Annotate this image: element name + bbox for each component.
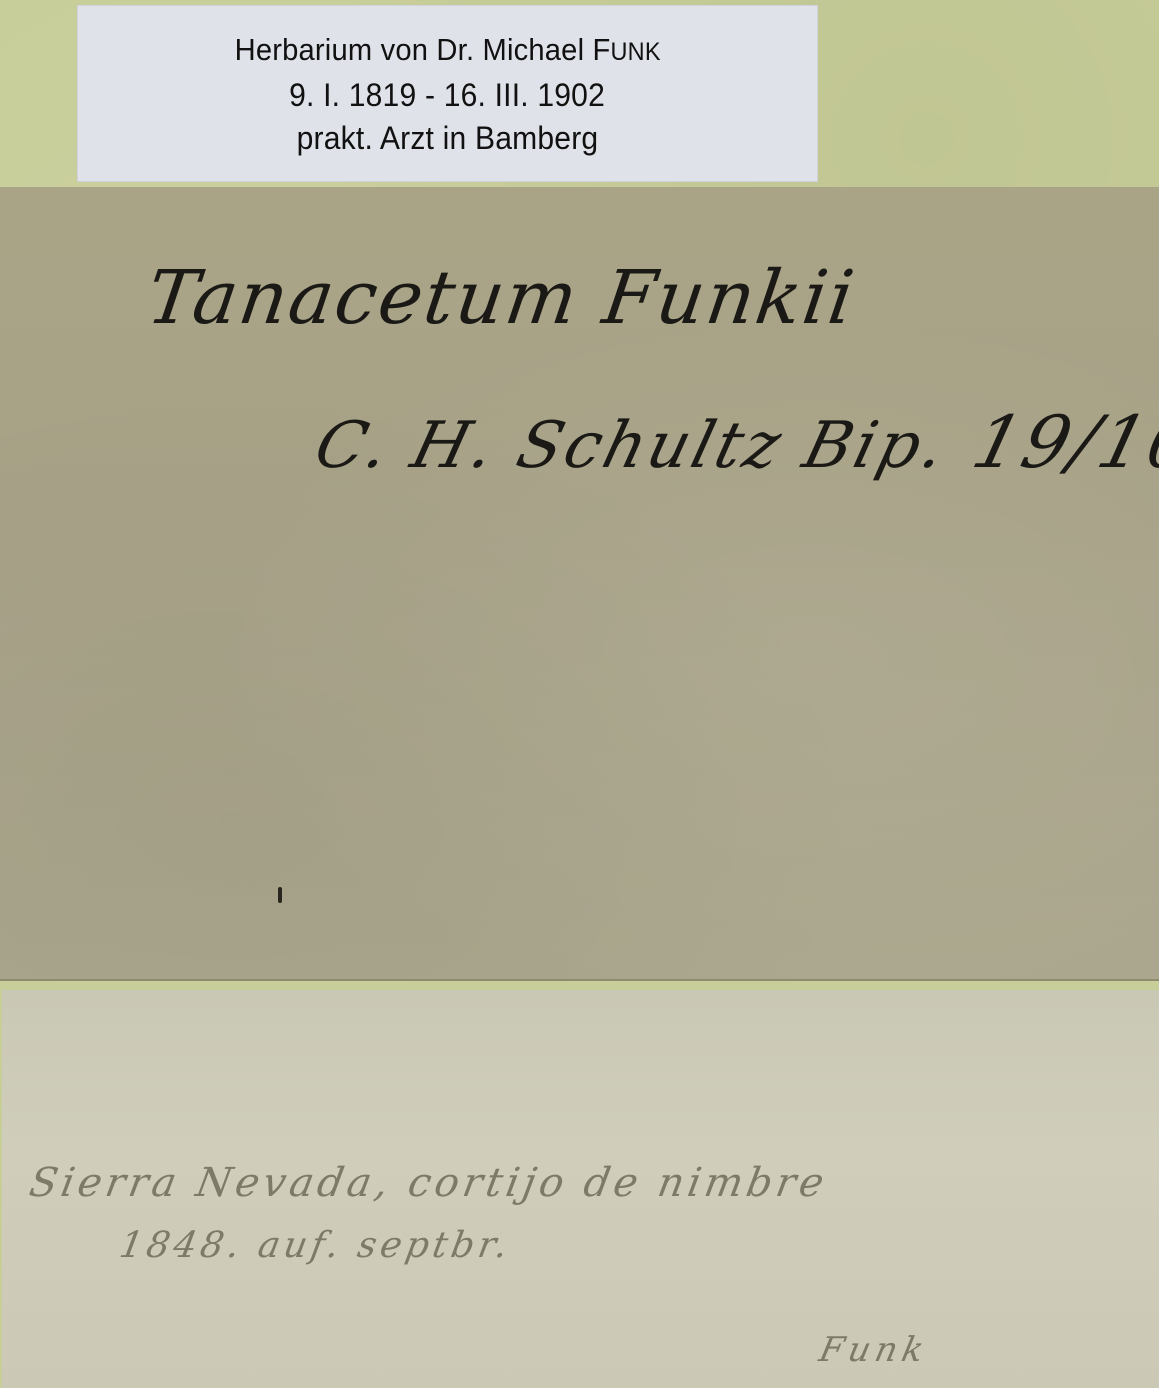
species-name: Tanacetum Funkii [142, 255, 861, 341]
paper-speck [278, 887, 282, 903]
label-line-dates: 9. I. 1819 - 16. III. 1902 [290, 74, 606, 117]
label-funk-smallcaps: UNK [610, 38, 660, 66]
label-line-occupation: prakt. Arzt in Bamberg [297, 117, 599, 160]
collection-date-text: 1848. auf. septbr. [116, 1225, 514, 1266]
determination-date: 19/10 50. [965, 400, 1159, 484]
determiner-name: C. H. Schultz Bip. [308, 409, 956, 483]
printed-herbarium-label: Herbarium von Dr. Michael FUNK 9. I. 181… [77, 5, 818, 182]
determiner-line: C. H. Schultz Bip.19/10 50. [308, 400, 1159, 484]
collector-signature: Funk [816, 1330, 933, 1370]
locality-text: Sierra Nevada, cortijo de nimbre [26, 1160, 831, 1206]
label-herbarium-text: Herbarium von Dr. Michael F [234, 32, 610, 67]
label-line-herbarium: Herbarium von Dr. Michael FUNK [234, 28, 660, 74]
